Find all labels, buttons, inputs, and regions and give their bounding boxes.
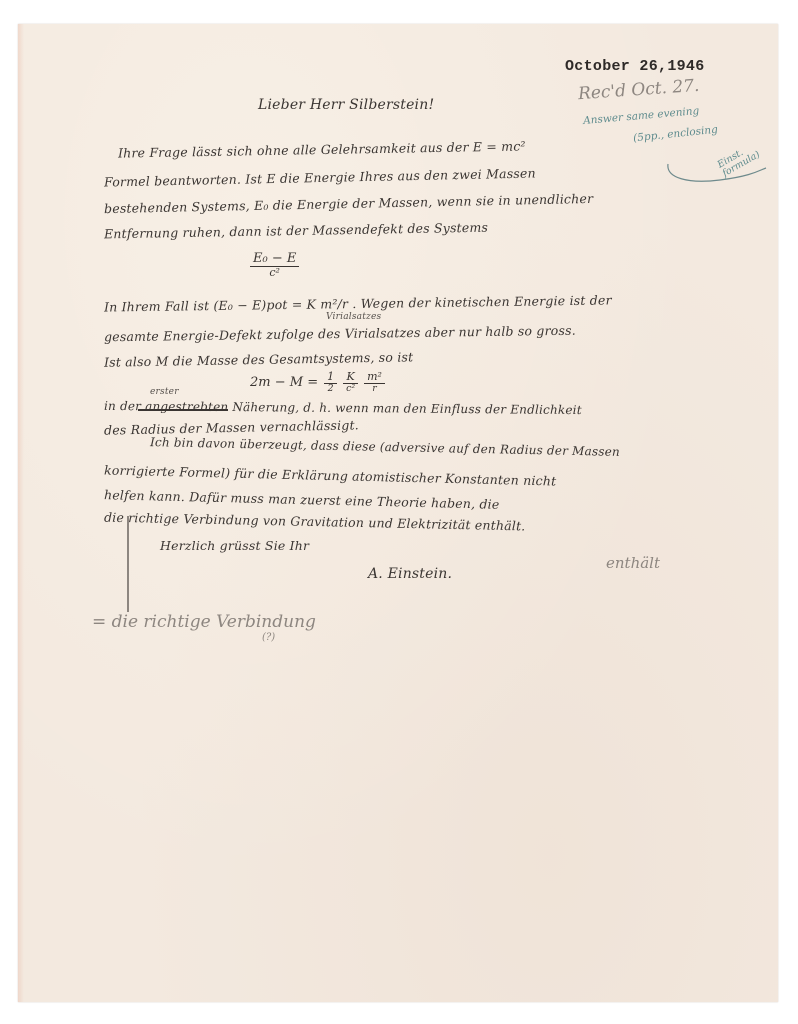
virialsatz-insert: Virialsatzes: [326, 312, 381, 322]
formula2-half-den: 2: [325, 384, 337, 394]
mass-equation: 2m − M = 1 2 K c² m² r: [250, 371, 385, 394]
formula1-denominator: c²: [266, 267, 283, 279]
formula1-numerator: E₀ − E: [250, 252, 299, 267]
strikethrough-line: [138, 409, 228, 411]
pencil-note-enthaelt: enthält: [606, 554, 660, 572]
pencil-margin-query: (?): [262, 632, 275, 643]
formula2-lhs: 2m − M =: [250, 375, 318, 390]
typed-date: October 26,1946: [565, 58, 705, 75]
salutation: Lieber Herr Silberstein!: [258, 97, 434, 113]
erster-insert: erster: [150, 387, 179, 397]
formula2-m-den: r: [369, 384, 379, 394]
mass-defect-formula: E₀ − E c²: [250, 252, 299, 279]
annotation-arrow-curve: [660, 160, 770, 190]
closing: Herzlich grüsst Sie Ihr: [160, 538, 309, 553]
pencil-margin-note: = die richtige Verbindung: [92, 612, 316, 632]
formula2-k-den: c²: [343, 384, 358, 394]
signature: A. Einstein.: [368, 566, 452, 582]
margin-pencil-line: [127, 516, 129, 612]
